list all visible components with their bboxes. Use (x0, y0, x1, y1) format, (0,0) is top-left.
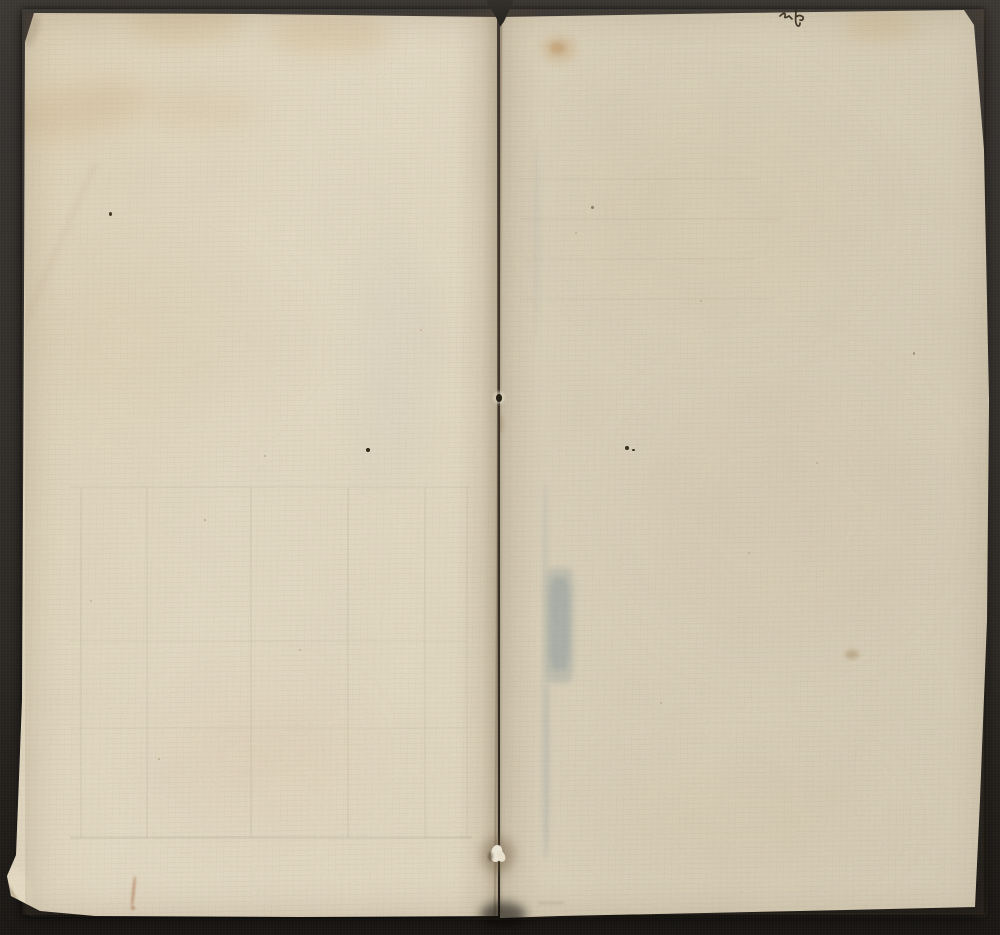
blue-ghost-blob-core (550, 578, 569, 670)
blue-ghost-upper (534, 140, 539, 335)
wash-pink-lower (160, 690, 360, 820)
stain-gutter-top-core (550, 42, 565, 54)
bleed-row (525, 258, 755, 260)
ink-speck (109, 212, 112, 216)
ghost-pale-strip (350, 230, 430, 480)
wash-left-middle (40, 260, 280, 420)
foxing-dot (299, 649, 301, 651)
ink-speck (625, 446, 629, 450)
stain-gutter-top (542, 36, 576, 62)
bleed-line-h-top (70, 486, 470, 488)
bleed-line-h-mid2 (70, 727, 468, 729)
foxing-dot (700, 300, 702, 302)
bleed-line-v3 (250, 488, 252, 838)
stain-top-left-b (270, 14, 390, 56)
stain-top-left-a (130, 2, 240, 42)
foxing-dot (660, 702, 662, 704)
foxing-dot (748, 552, 750, 554)
stain-upper-mid-wash (150, 90, 260, 130)
ink-speck (366, 448, 370, 452)
foxing-dot (264, 455, 266, 457)
wash-right-lower (600, 760, 880, 880)
bleed-row (520, 218, 780, 220)
blue-ghost-blob (546, 568, 574, 683)
bleed-line-v5 (424, 488, 426, 838)
foxing-dot (90, 600, 92, 602)
red-dot (131, 906, 135, 910)
foxing-dot (420, 329, 422, 331)
blue-ghost-streak (542, 484, 549, 859)
blue-ghost-tail (544, 688, 550, 856)
bleed-row (520, 298, 770, 300)
foxing-dot (575, 232, 577, 234)
stain-small-right (845, 650, 859, 659)
ink-speck (591, 206, 594, 209)
foxing-dot (158, 758, 160, 760)
bleed-line-v1 (80, 488, 82, 838)
bleed-line-v4 (347, 488, 349, 838)
red-squiggle (130, 876, 136, 906)
book-scan (0, 0, 1000, 935)
bleed-row (520, 178, 760, 180)
wash-right-mid (640, 380, 920, 640)
bleed-line-h-bottom (70, 836, 472, 839)
bleed-line-v2 (146, 488, 148, 838)
foxing-dot (913, 352, 915, 355)
dotted-trace (538, 902, 564, 904)
wash-right-upper (560, 100, 860, 320)
fold-highlight (501, 20, 508, 915)
bleed-line-v6 (466, 488, 468, 838)
foxing-dot (816, 462, 818, 464)
ink-speck (632, 449, 635, 451)
crease-diagonal (0, 161, 98, 400)
foxing-dot (204, 519, 206, 521)
stain-top-right (845, 12, 915, 40)
bleed-line-h-mid1 (70, 640, 468, 642)
